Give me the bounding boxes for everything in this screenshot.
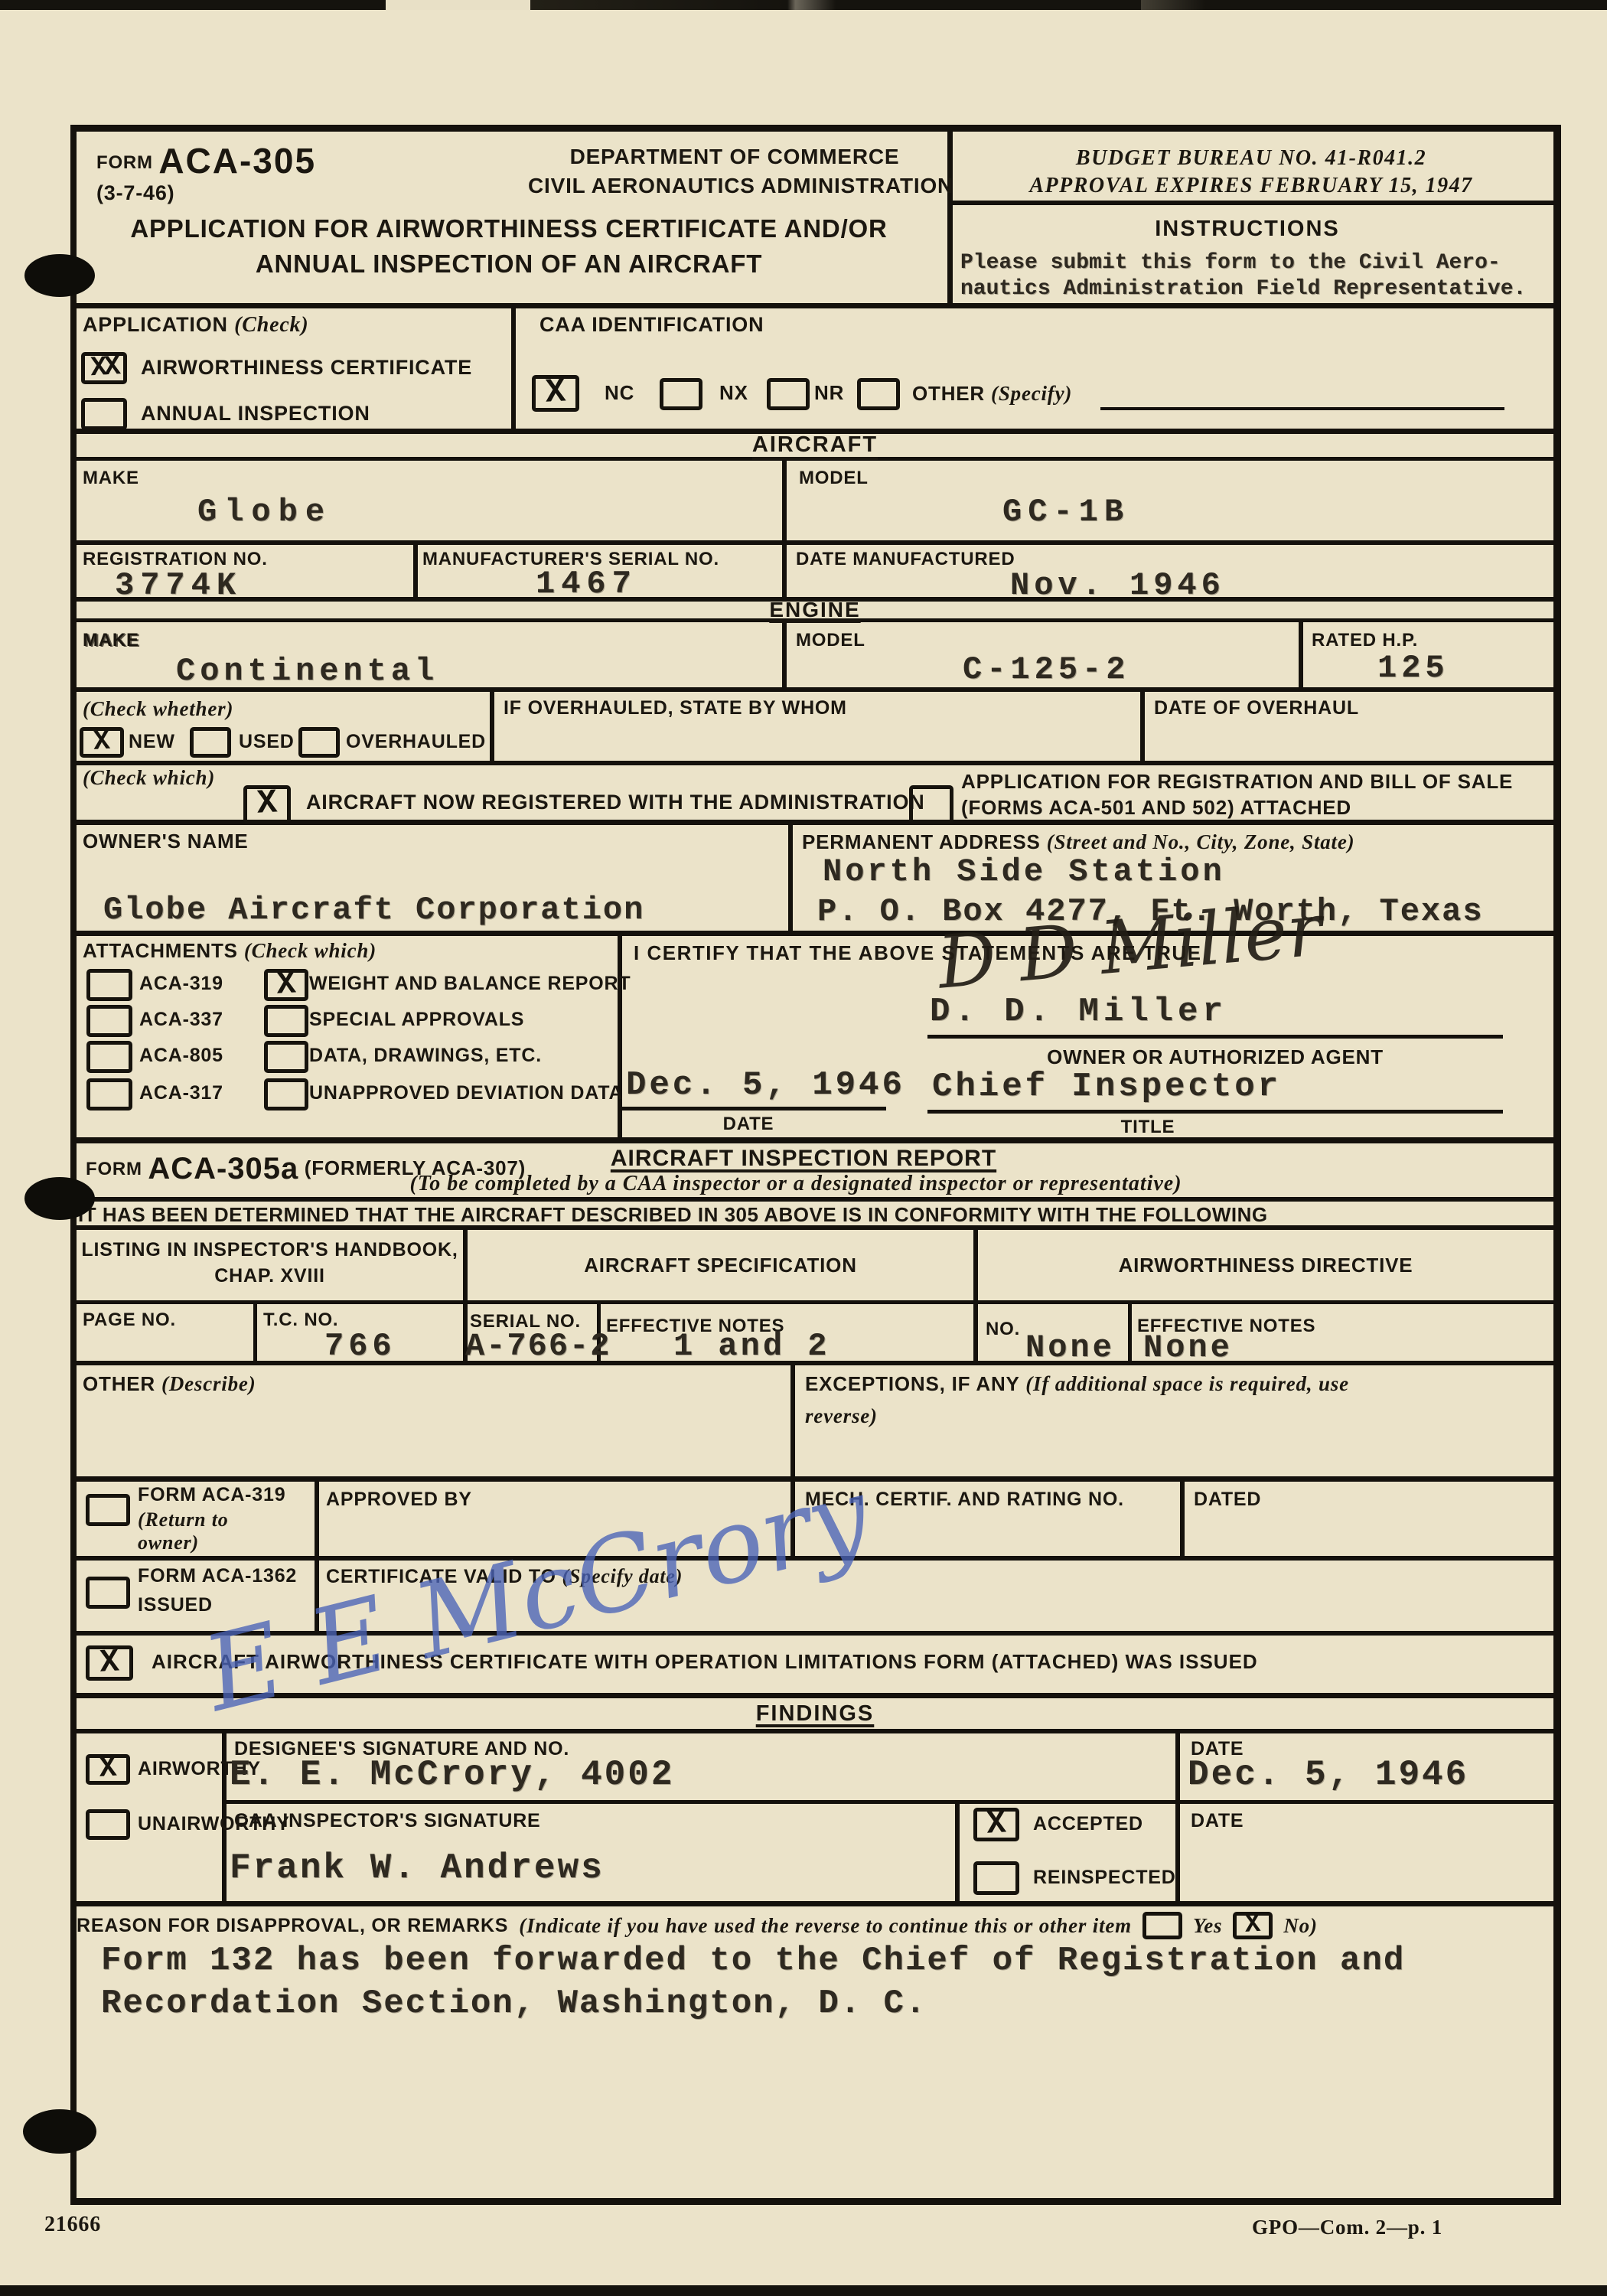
form-aca-319-line1: FORM ACA-319 bbox=[138, 1485, 285, 1505]
checkbox-unapproved-deviation[interactable] bbox=[264, 1078, 308, 1110]
date-of-overhaul-label: DATE OF OVERHAUL bbox=[1154, 698, 1359, 718]
other-describe-text: OTHER bbox=[83, 1372, 155, 1395]
checkbox-form-aca-1362-issued[interactable] bbox=[86, 1577, 130, 1609]
registered-label: AIRCRAFT NOW REGISTERED WITH THE ADMINIS… bbox=[306, 791, 925, 813]
registration-no-label: REGISTRATION NO. bbox=[83, 550, 268, 569]
checkbox-engine-new[interactable]: X bbox=[80, 727, 124, 758]
rule bbox=[77, 1137, 1553, 1143]
divider bbox=[782, 461, 787, 540]
divider bbox=[782, 545, 787, 597]
owner-name-value[interactable]: Globe Aircraft Corporation bbox=[103, 894, 644, 926]
rule bbox=[77, 303, 1553, 308]
certification-date-value[interactable]: Dec. 5, 1946 bbox=[626, 1068, 905, 1102]
caa-inspector-signature-label: CAA INSPECTOR'S SIGNATURE bbox=[234, 1811, 541, 1831]
check-mark: X bbox=[1244, 1912, 1261, 1939]
aca-317-label: ACA-317 bbox=[139, 1083, 223, 1103]
form-aca-319-line3: owner) bbox=[138, 1532, 199, 1553]
other-describe-label: OTHER (Describe) bbox=[83, 1373, 256, 1394]
checkbox-other[interactable] bbox=[857, 378, 900, 410]
rule bbox=[77, 931, 1553, 936]
checkbox-nx[interactable] bbox=[660, 378, 702, 410]
engine-new-label: NEW bbox=[129, 732, 175, 752]
remarks-label: REASON FOR DISAPPROVAL, OR REMARKS bbox=[77, 1916, 508, 1936]
divider bbox=[788, 825, 793, 931]
aircraft-model-value[interactable]: GC-1B bbox=[1002, 496, 1129, 528]
directive-no-label: NO. bbox=[986, 1319, 1020, 1339]
checkbox-form-aca-319-return[interactable] bbox=[86, 1494, 130, 1526]
divider bbox=[1140, 692, 1145, 761]
remarks-no-label: No) bbox=[1283, 1915, 1317, 1936]
caa-inspector-name-value[interactable]: Frank W. Andrews bbox=[230, 1851, 605, 1886]
unapproved-deviation-label: UNAPPROVED DEVIATION DATA bbox=[309, 1083, 623, 1103]
permanent-address-text: PERMANENT ADDRESS bbox=[802, 830, 1041, 853]
divider bbox=[955, 1804, 960, 1901]
remarks-body-line1[interactable]: Form 132 has been forwarded to the Chief… bbox=[101, 1944, 1405, 1978]
signature-line[interactable] bbox=[927, 1035, 1503, 1039]
divider bbox=[490, 692, 494, 761]
divider bbox=[413, 545, 418, 597]
check-mark: X bbox=[986, 1808, 1006, 1841]
designee-signature-handwritten: E E McCrory bbox=[195, 1462, 878, 1726]
rule bbox=[77, 1197, 1553, 1202]
owner-address-line1[interactable]: North Side Station bbox=[823, 856, 1225, 888]
aircraft-section-title: AIRCRAFT bbox=[77, 433, 1553, 456]
engine-overhauled-label: OVERHAULED bbox=[346, 732, 486, 752]
application-section-label: APPLICATION (Check) bbox=[83, 314, 308, 336]
checkbox-airworthy[interactable]: X bbox=[86, 1754, 130, 1785]
caa-identification-label: CAA IDENTIFICATION bbox=[539, 314, 764, 335]
title-label: TITLE bbox=[1056, 1117, 1240, 1137]
bill-of-sale-line2: (FORMS ACA-501 AND 502) ATTACHED bbox=[961, 797, 1351, 818]
check-mark: X bbox=[256, 786, 279, 820]
engine-condition-label: (Check whether) bbox=[83, 698, 233, 719]
application-label: APPLICATION bbox=[83, 313, 228, 336]
form-aca-1362-line2: ISSUED bbox=[138, 1595, 213, 1615]
check-mark: X bbox=[93, 728, 110, 756]
aca-319-label: ACA-319 bbox=[139, 974, 223, 993]
approved-by-label: APPROVED BY bbox=[326, 1489, 472, 1509]
divider bbox=[973, 1230, 978, 1361]
exceptions-text: EXCEPTIONS, IF ANY bbox=[805, 1372, 1019, 1395]
checkbox-weight-balance[interactable]: X bbox=[264, 969, 308, 1001]
aca-337-label: ACA-337 bbox=[139, 1009, 223, 1029]
dated-label: DATED bbox=[1194, 1489, 1261, 1509]
rule bbox=[77, 1729, 1553, 1733]
overhauled-by-whom-label: IF OVERHAULED, STATE BY WHOM bbox=[504, 698, 847, 718]
remarks-body-line2[interactable]: Recordation Section, Washington, D. C. bbox=[101, 1987, 927, 2020]
form-border-top bbox=[70, 125, 1561, 132]
divider bbox=[1299, 621, 1303, 687]
airworthiness-directive-header: AIRWORTHINESS DIRECTIVE bbox=[978, 1255, 1553, 1276]
check-which-label: (Check which) bbox=[83, 767, 215, 788]
engine-used-label: USED bbox=[239, 732, 295, 752]
inspection-subtitle: (To be completed by a CAA inspector or a… bbox=[199, 1172, 1393, 1195]
administration-name: CIVIL AERONAUTICS ADMINISTRATION bbox=[528, 174, 941, 197]
designee-date-value[interactable]: Dec. 5, 1946 bbox=[1188, 1757, 1468, 1792]
tc-no-label: T.C. NO. bbox=[263, 1310, 338, 1329]
divider bbox=[1180, 1481, 1185, 1556]
checkbox-unairworthy[interactable] bbox=[86, 1809, 130, 1840]
scan-edge-bottom bbox=[0, 2285, 1607, 2296]
checkbox-remarks-yes[interactable] bbox=[1143, 1912, 1182, 1939]
attachments-note: (Check which) bbox=[244, 939, 376, 962]
check-mark: X bbox=[99, 1646, 119, 1679]
exceptions-note2: reverse) bbox=[805, 1405, 878, 1427]
form-border-left bbox=[70, 125, 77, 2205]
determination-statement: IT HAS BEEN DETERMINED THAT THE AIRCRAFT… bbox=[78, 1205, 1268, 1225]
form-title-line1: APPLICATION FOR AIRWORTHINESS CERTIFICAT… bbox=[122, 216, 895, 243]
certification-title-value[interactable]: Chief Inspector bbox=[932, 1070, 1281, 1104]
aircraft-make-label: MAKE bbox=[83, 468, 139, 488]
form-border-right bbox=[1553, 125, 1561, 2205]
budget-bureau-line2: APPROVAL EXPIRES FEBRUARY 15, 1947 bbox=[972, 174, 1530, 197]
checkbox-special-approvals[interactable] bbox=[264, 1005, 308, 1037]
other-specify-blank[interactable] bbox=[1100, 407, 1504, 410]
directive-notes-value[interactable]: None bbox=[1143, 1332, 1233, 1364]
divider bbox=[1128, 1304, 1132, 1361]
annual-inspection-label: ANNUAL INSPECTION bbox=[141, 403, 370, 424]
special-approvals-label: SPECIAL APPROVALS bbox=[309, 1009, 524, 1029]
checkbox-aca-317[interactable] bbox=[86, 1078, 132, 1110]
instructions-title: INSTRUCTIONS bbox=[953, 217, 1542, 240]
department-name: DEPARTMENT OF COMMERCE bbox=[528, 145, 941, 168]
engine-model-value[interactable]: C-125-2 bbox=[963, 654, 1129, 686]
application-label-note: (Check) bbox=[234, 313, 308, 337]
other-label-text: OTHER bbox=[912, 382, 985, 405]
hole-punch bbox=[24, 254, 95, 297]
designee-name-value[interactable]: E. E. McCrory, 4002 bbox=[230, 1757, 675, 1792]
remarks-line: REASON FOR DISAPPROVAL, OR REMARKS (Indi… bbox=[77, 1912, 1318, 1939]
checkbox-engine-used[interactable] bbox=[190, 727, 231, 758]
inspection-form-label: FORM bbox=[86, 1159, 142, 1179]
rule bbox=[77, 457, 1553, 461]
divider bbox=[253, 1304, 257, 1361]
serial-no-value[interactable]: 1467 bbox=[536, 568, 637, 600]
check-mark: X bbox=[275, 968, 296, 1001]
spec-serial-value[interactable]: A-766-2 bbox=[465, 1330, 611, 1362]
data-drawings-label: DATA, DRAWINGS, ETC. bbox=[309, 1045, 542, 1065]
checkbox-engine-overhauled[interactable] bbox=[298, 727, 340, 758]
directive-no-value[interactable]: None bbox=[1025, 1332, 1115, 1364]
listing-header-line2: CHAP. XVIII bbox=[77, 1266, 463, 1286]
exceptions-note1: (If additional space is required, use bbox=[1025, 1372, 1349, 1395]
scanned-form-page: FORM ACA-305 (3-7-46) DEPARTMENT OF COMM… bbox=[0, 0, 1607, 2296]
aircraft-specification-header: AIRCRAFT SPECIFICATION bbox=[468, 1255, 973, 1276]
nc-label: NC bbox=[605, 383, 634, 403]
rule bbox=[77, 820, 1553, 825]
inspector-date-label: DATE bbox=[1191, 1811, 1244, 1831]
checkbox-remarks-no[interactable]: X bbox=[1233, 1912, 1273, 1939]
weight-balance-label: WEIGHT AND BALANCE REPORT bbox=[309, 974, 631, 993]
rule bbox=[77, 761, 1553, 765]
check-mark: X bbox=[99, 1754, 118, 1784]
aca-805-label: ACA-805 bbox=[139, 1045, 223, 1065]
rated-hp-value[interactable]: 125 bbox=[1377, 652, 1449, 684]
rule bbox=[77, 1300, 1553, 1304]
checkbox-data-drawings[interactable] bbox=[264, 1041, 308, 1073]
nx-label: NX bbox=[719, 383, 748, 403]
owner-name-label: OWNER'S NAME bbox=[83, 831, 249, 852]
divider bbox=[790, 1365, 795, 1476]
checkbox-aca-319[interactable] bbox=[86, 969, 132, 1001]
date-manufactured-label: DATE MANUFACTURED bbox=[796, 550, 1015, 569]
owner-agent-label: OWNER OR AUTHORIZED AGENT bbox=[986, 1047, 1445, 1068]
rule bbox=[947, 201, 1553, 205]
effective-notes-value[interactable]: 1 and 2 bbox=[673, 1330, 830, 1362]
rule bbox=[222, 1800, 1558, 1804]
checkbox-certificate-issued[interactable]: X bbox=[86, 1645, 133, 1681]
nr-label: NR bbox=[814, 383, 844, 403]
other-label-note: (Specify) bbox=[991, 382, 1072, 405]
footer-gpo: GPO—Com. 2—p. 1 bbox=[1252, 2216, 1442, 2238]
permanent-address-note: (Street and No., City, Zone, State) bbox=[1047, 830, 1355, 853]
tc-no-value[interactable]: 766 bbox=[324, 1330, 396, 1362]
engine-make-label: MAKE bbox=[83, 631, 139, 650]
hole-punch bbox=[24, 1177, 95, 1220]
divider bbox=[1175, 1733, 1180, 1901]
checkbox-accepted[interactable]: X bbox=[973, 1808, 1019, 1841]
budget-bureau-line1: BUDGET BUREAU NO. 41-R041.2 bbox=[972, 147, 1530, 169]
scan-edge-top bbox=[0, 0, 1607, 10]
hole-punch bbox=[23, 2109, 96, 2154]
attachments-label: ATTACHMENTS (Check which) bbox=[83, 940, 376, 961]
checkbox-nr[interactable] bbox=[767, 378, 810, 410]
rated-hp-label: RATED H.P. bbox=[1312, 631, 1418, 650]
divider bbox=[782, 621, 787, 687]
inspection-report-title: AIRCRAFT INSPECTION REPORT bbox=[536, 1146, 1071, 1171]
instructions-line2: nautics Administration Field Representat… bbox=[960, 279, 1526, 300]
date-manufactured-value[interactable]: Nov. 1946 bbox=[1010, 569, 1225, 602]
footer-print-code: 21666 bbox=[44, 2213, 101, 2236]
rule bbox=[77, 540, 1553, 545]
bill-of-sale-line1: APPLICATION FOR REGISTRATION AND BILL OF… bbox=[961, 771, 1513, 792]
checkbox-reinspected[interactable] bbox=[973, 1861, 1019, 1895]
form-number-value: ACA-305 bbox=[158, 141, 316, 181]
form-border-bottom bbox=[70, 2198, 1561, 2205]
check-mark: X bbox=[545, 375, 567, 409]
engine-make-value[interactable]: Continental bbox=[176, 655, 438, 687]
date-line bbox=[620, 1107, 886, 1110]
remarks-yes-label: Yes bbox=[1193, 1915, 1222, 1936]
divider bbox=[947, 132, 953, 303]
instructions-line1: Please submit this form to the Civil Aer… bbox=[960, 253, 1501, 274]
checkbox-airworthiness-certificate[interactable]: XX bbox=[81, 352, 127, 384]
reinspected-label: REINSPECTED bbox=[1033, 1867, 1176, 1887]
title-line bbox=[927, 1110, 1503, 1114]
accepted-label: ACCEPTED bbox=[1033, 1814, 1143, 1834]
check-mark: XX bbox=[90, 353, 118, 382]
remarks-label-note: (Indicate if you have used the reverse t… bbox=[519, 1915, 1132, 1936]
checkbox-bill-of-sale[interactable] bbox=[909, 785, 953, 823]
permanent-address-label: PERMANENT ADDRESS (Street and No., City,… bbox=[802, 831, 1354, 853]
form-aca-1362-line1: FORM ACA-1362 bbox=[138, 1566, 297, 1586]
registration-no-value[interactable]: 3774K bbox=[115, 569, 242, 602]
checkbox-registered[interactable]: X bbox=[243, 785, 291, 823]
rule bbox=[77, 1901, 1553, 1906]
checkbox-annual-inspection[interactable] bbox=[81, 398, 127, 430]
form-revision: (3-7-46) bbox=[96, 182, 174, 204]
engine-model-label: MODEL bbox=[796, 631, 865, 650]
page-no-label: PAGE NO. bbox=[83, 1310, 176, 1329]
other-describe-note: (Describe) bbox=[161, 1372, 256, 1395]
checkbox-nc[interactable]: X bbox=[532, 375, 579, 412]
other-label: OTHER (Specify) bbox=[912, 383, 1072, 404]
airworthiness-certificate-label: AIRWORTHINESS CERTIFICATE bbox=[141, 357, 472, 378]
attachments-text: ATTACHMENTS bbox=[83, 939, 238, 962]
engine-section-title: ENGINE bbox=[77, 598, 1553, 621]
form-aca-319-line2: (Return to bbox=[138, 1509, 229, 1530]
aircraft-make-value[interactable]: Globe bbox=[197, 496, 332, 528]
date-label: DATE bbox=[657, 1114, 840, 1133]
checkbox-aca-337[interactable] bbox=[86, 1005, 132, 1037]
checkbox-aca-805[interactable] bbox=[86, 1041, 132, 1073]
listing-header-line1: LISTING IN INSPECTOR'S HANDBOOK, bbox=[77, 1240, 463, 1260]
form-title-line2: ANNUAL INSPECTION OF AN AIRCRAFT bbox=[122, 251, 895, 278]
aircraft-model-label: MODEL bbox=[799, 468, 869, 488]
divider bbox=[511, 306, 516, 429]
divider bbox=[315, 1481, 319, 1556]
exceptions-label: EXCEPTIONS, IF ANY (If additional space … bbox=[805, 1373, 1349, 1394]
form-label: FORM bbox=[96, 152, 153, 173]
form-number: FORM ACA-305 bbox=[96, 142, 316, 179]
